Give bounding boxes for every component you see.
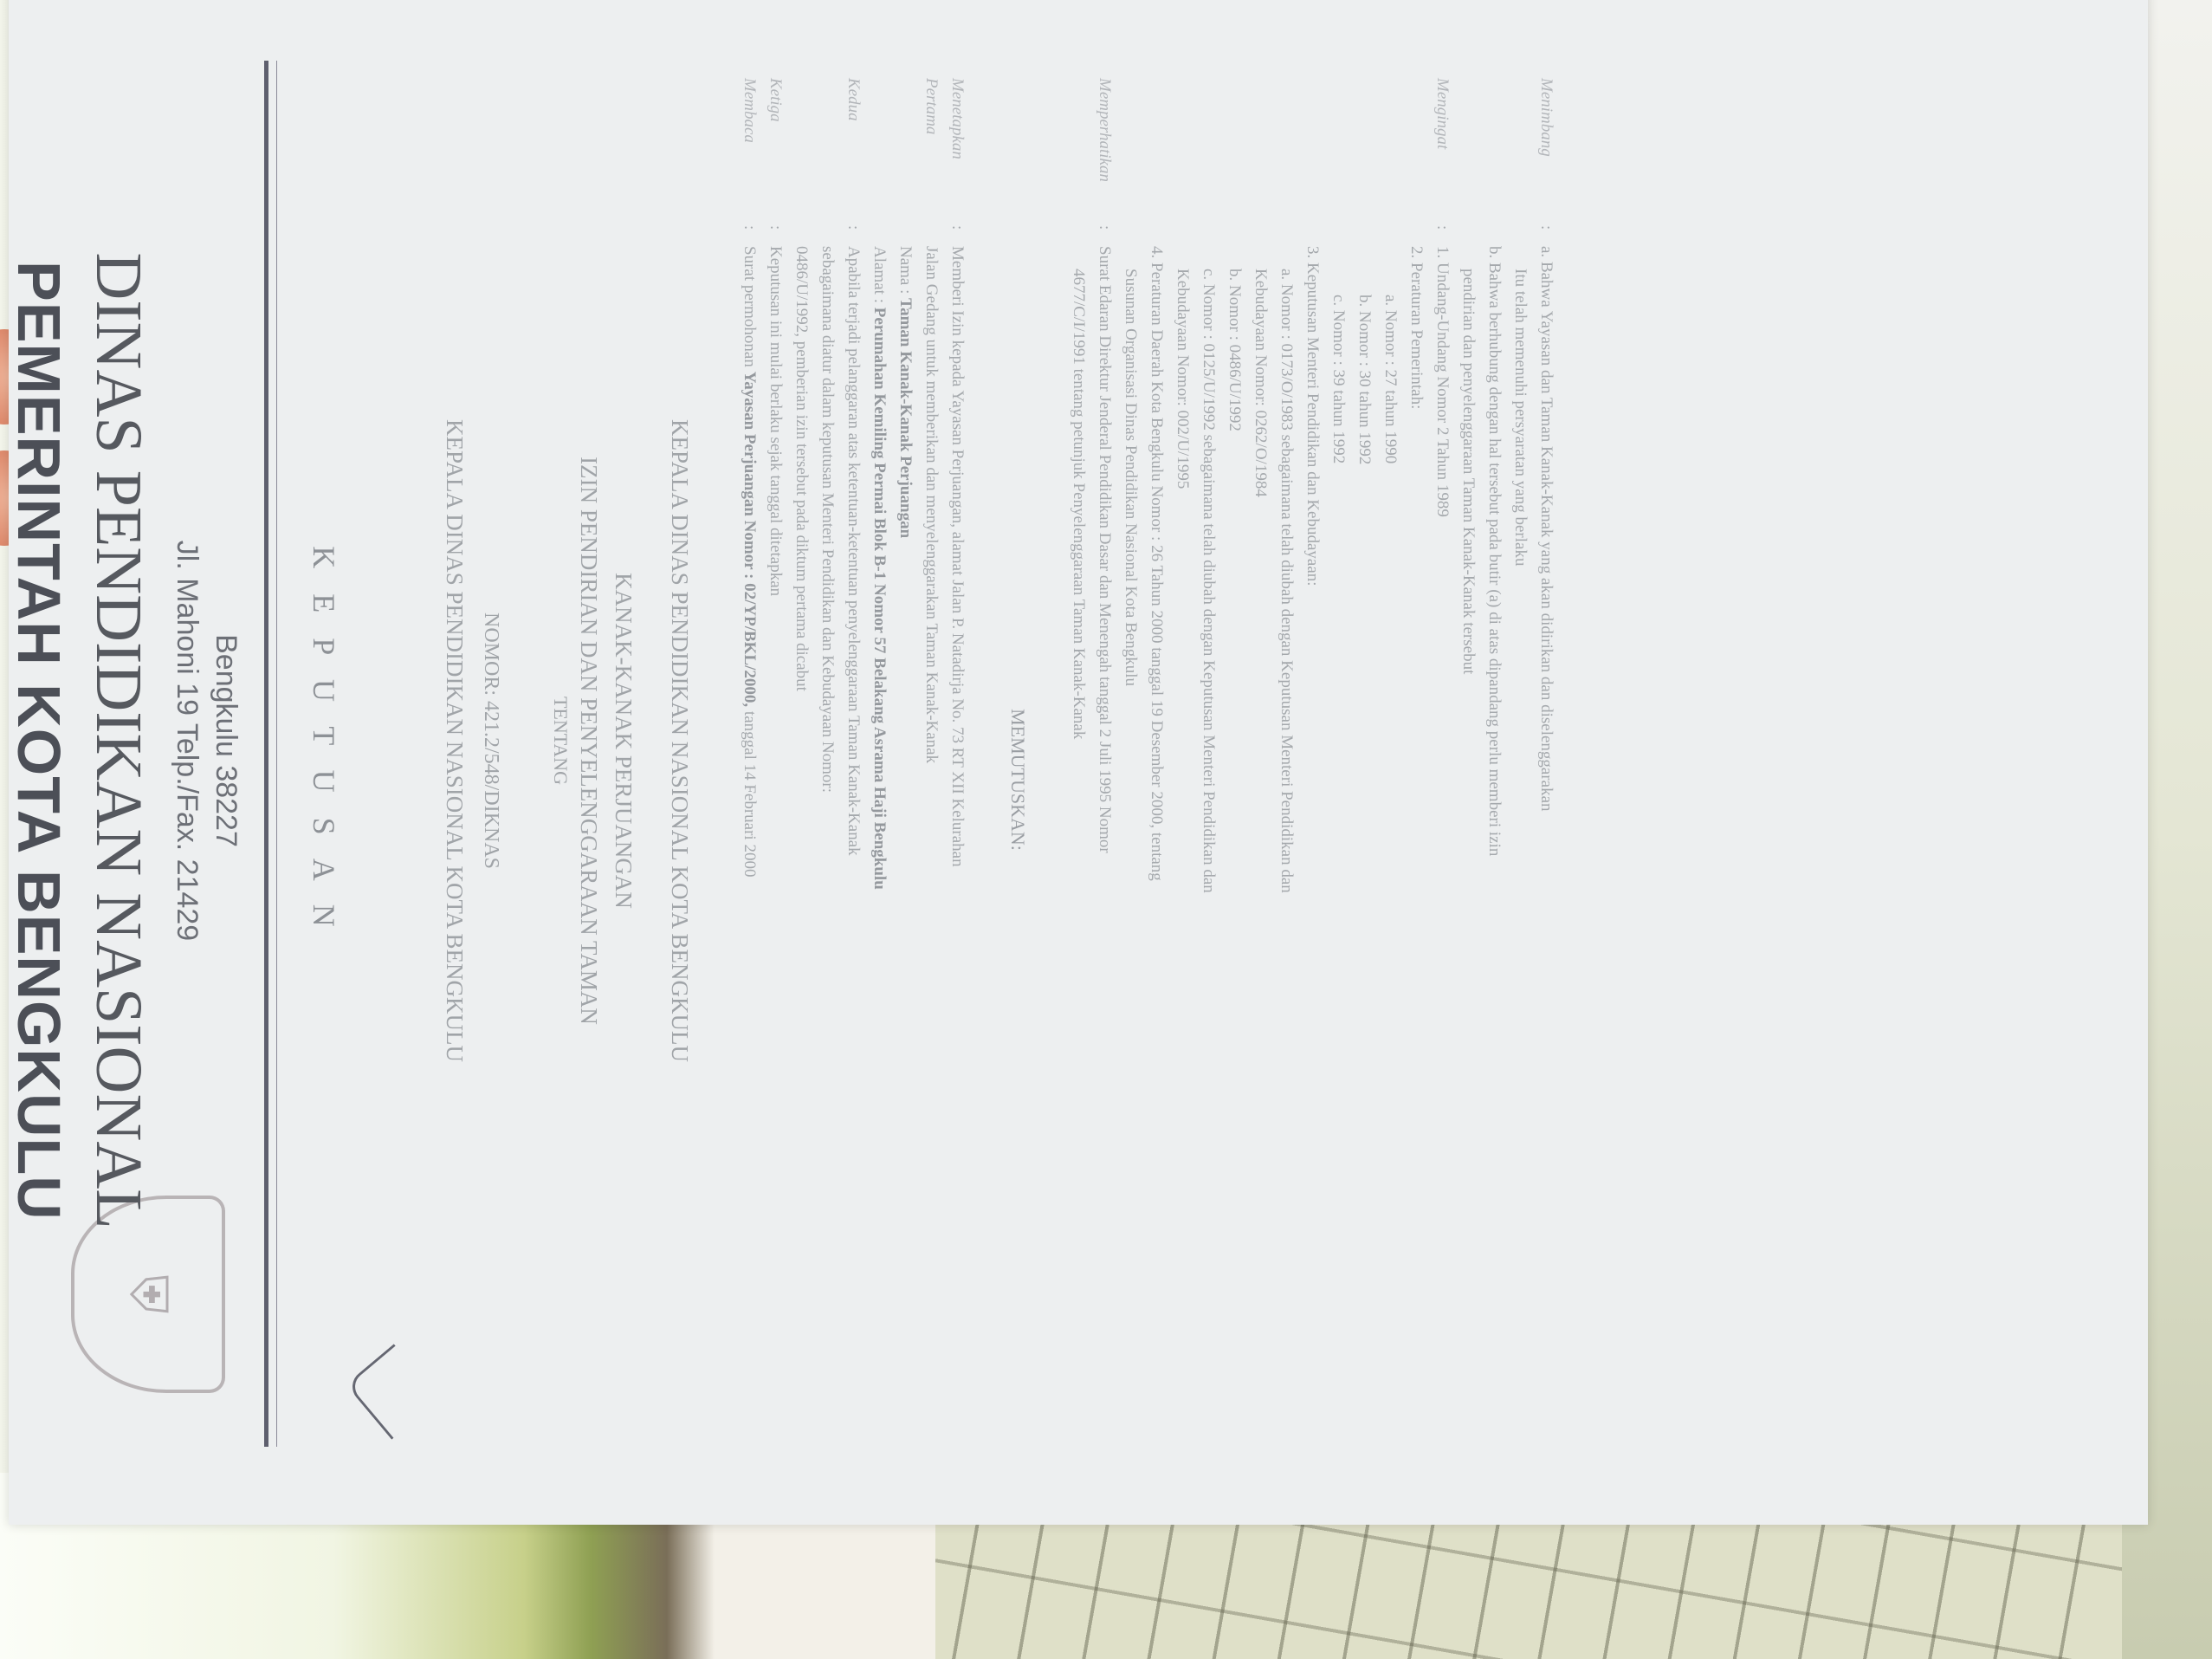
kedua-line: Apabila terjadi pelanggaran atas ketentu…: [840, 246, 866, 1481]
nama-label: Nama: [896, 246, 915, 285]
menimbang-items: a. Bahwa Yayasan dan Taman Kanak-Kanak y…: [1455, 246, 1559, 1481]
kedua-label: Kedua: [788, 78, 866, 225]
colon: :: [1065, 225, 1117, 246]
body-content: Menimbang : a. Bahwa Yayasan dan Taman K…: [762, 78, 1559, 1481]
mengingat-item-3a: a. Nomor : 0173/O/1983 sebagaimana telah…: [1273, 246, 1299, 1481]
kedua-row: Kedua : Apabila terjadi pelanggaran atas…: [788, 78, 866, 1481]
memperhatikan-text: Surat Edaran Direktur Jenderal Pendidika…: [1065, 246, 1117, 1481]
mengingat-item-2: 2. Peraturan Pemerintah:: [1403, 246, 1429, 1481]
pertama-row: MenetapkanPertama : Memberi Izin kepada …: [866, 78, 970, 1481]
mengingat-item-3: 3. Keputusan Menteri Pendidikan dan Kebu…: [1299, 246, 1325, 1481]
menimbang-item-a: a. Bahwa Yayasan dan Taman Kanak-Kanak y…: [1533, 246, 1559, 1481]
alamat-line: Alamat : Perumahan Kemiling Permai Blok …: [866, 246, 892, 1481]
colon: :: [788, 225, 866, 246]
menimbang-row: Menimbang : a. Bahwa Yayasan dan Taman K…: [1455, 78, 1559, 1481]
colon: :: [1455, 225, 1559, 246]
item-text: Bahwa Yayasan dan Taman Kanak-Kanak yang…: [1537, 262, 1556, 812]
mengingat-item-2a: a. Nomor : 27 tahun 1990: [1377, 246, 1403, 1481]
menimbang-label: Menimbang: [1455, 78, 1559, 225]
mengingat-items: 1. Undang-Undang Nomor 2 Tahun 1989 2. P…: [1117, 246, 1455, 1481]
colon: :: [866, 225, 970, 246]
mengingat-item-4-cont: Susunan Organisasi Dinas Pendidikan Nasi…: [1117, 246, 1143, 1481]
mengingat-item-3c-cont: Kebudayaan Nomor: 002/U/1995: [1169, 246, 1195, 1481]
ketiga-text: Keputusan ini mulai berlaku sejak tangga…: [762, 246, 788, 1481]
menimbang-item-b-cont: pendirian dan penyelenggaraan Taman Kana…: [1455, 246, 1481, 1481]
mengingat-row: Mengingat : 1. Undang-Undang Nomor 2 Tah…: [1117, 78, 1455, 1481]
pertama-cont: Jalan Gedang untuk memberikan dan menyel…: [918, 246, 944, 1481]
kedua-text: Apabila terjadi pelanggaran atas ketentu…: [788, 246, 866, 1481]
document-body-layer: Menimbang : a. Bahwa Yayasan dan Taman K…: [9, 0, 2148, 1525]
nama-line: Nama : Taman Kanak-Kanak Perjuangan: [892, 246, 918, 1481]
menetapkan-label: Menetapkan: [944, 78, 970, 225]
ketiga-row: Ketiga : Keputusan ini mulai berlaku sej…: [762, 78, 788, 1481]
marker: a.: [1537, 246, 1556, 257]
mengingat-item-3c: c. Nomor : 0125/U/1992 sebagaimana telah…: [1195, 246, 1221, 1481]
mengingat-item-4: 4. Peraturan Daerah Kota Bengkulu Nomor …: [1143, 246, 1169, 1481]
kedua-cont1: sebagaimana diatur dalam keputusan Mente…: [814, 246, 840, 1481]
mengingat-label: Mengingat: [1117, 78, 1455, 225]
menimbang-item-a-cont: Itu telah memenuhi persyaratan yang berl…: [1507, 246, 1533, 1481]
item-text: Bahwa berhubung dengan hal tersebut pada…: [1485, 262, 1504, 856]
memperhatikan-cont: 4677/C/I/1991 tentang petunjuk Penyeleng…: [1065, 246, 1091, 1481]
memperhatikan-line: Surat Edaran Direktur Jenderal Pendidika…: [1091, 246, 1117, 1481]
colon: :: [762, 225, 788, 246]
mengingat-item-1: 1. Undang-Undang Nomor 2 Tahun 1989: [1429, 246, 1455, 1481]
colon: :: [1117, 225, 1455, 246]
body-frame: Menimbang : a. Bahwa Yayasan dan Taman K…: [762, 78, 2148, 1481]
nama-value: Taman Kanak-Kanak Perjuangan: [896, 298, 915, 538]
menimbang-item-b: b. Bahwa berhubung dengan hal tersebut p…: [1481, 246, 1507, 1481]
mengingat-item-3a-cont: Kebudayaan Nomor: 0262/O/1984: [1247, 246, 1273, 1481]
marker: b.: [1485, 246, 1504, 258]
memperhatikan-label: Memperhatikan: [1065, 78, 1117, 225]
menetapkan-labels: MenetapkanPertama: [866, 78, 970, 225]
pertama-label: Pertama: [918, 78, 944, 225]
memperhatikan-row: Memperhatikan : Surat Edaran Direktur Je…: [1065, 78, 1117, 1481]
kedua-cont2: 0486/U/1992, pemberian izin tersebut pad…: [788, 246, 814, 1481]
alamat-label: Alamat: [870, 246, 889, 295]
mengingat-item-3b: b. Nomor : 0486/U/1992: [1221, 246, 1247, 1481]
mengingat-item-2c: c. Nomor : 39 tahun 1992: [1325, 246, 1351, 1481]
decision-heading: MEMUTUSKAN:: [1005, 78, 1031, 1481]
ketiga-label: Ketiga: [762, 78, 788, 225]
pertama-text: Memberi Izin kepada Yayasan Perjuangan, …: [866, 246, 970, 1481]
alamat-value: Perumahan Kemiling Permai Blok B-1 Nomor…: [870, 308, 889, 890]
mengingat-item-2b: b. Nomor : 30 tahun 1992: [1351, 246, 1377, 1481]
pertama-line: Memberi Izin kepada Yayasan Perjuangan, …: [944, 246, 970, 1481]
